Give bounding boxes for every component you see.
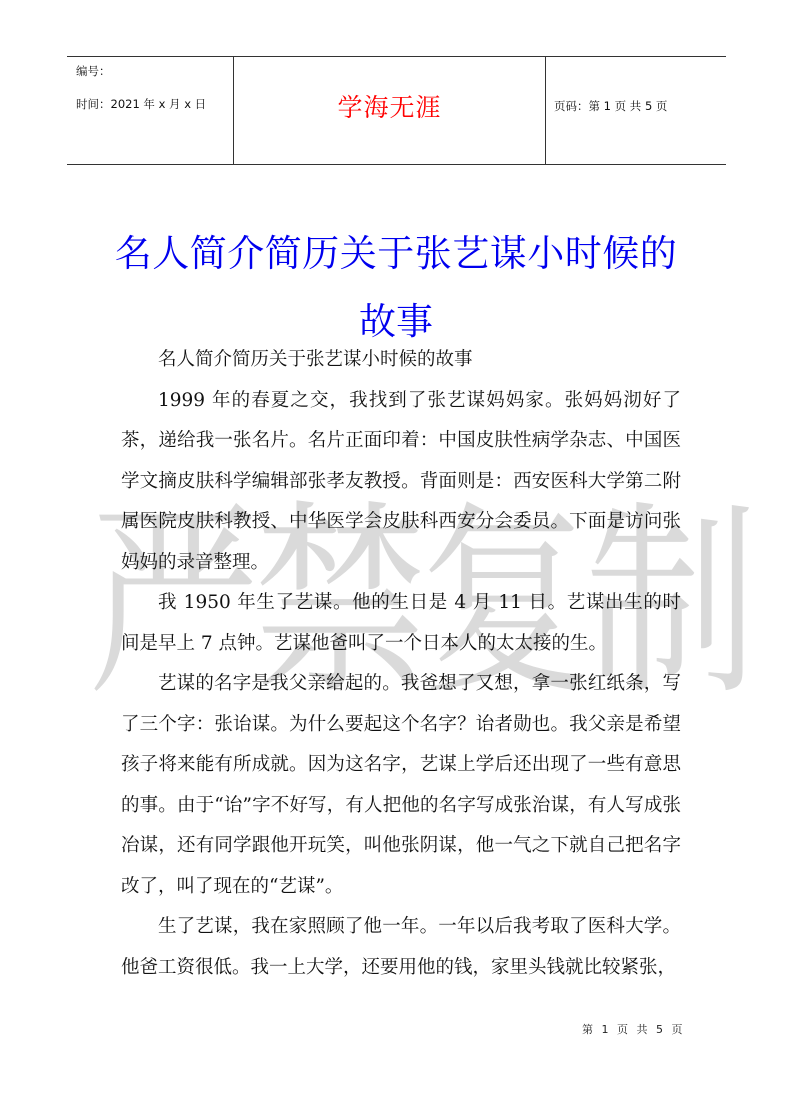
paragraph-subtitle: 名人简介简历关于张艺谋小时候的故事	[121, 340, 681, 381]
motto-text: 学海无涯	[337, 88, 441, 124]
header-page-cell: 页码：第 1 页 共 5 页	[546, 57, 726, 164]
paragraph: 艺谋的名字是我父亲给起的。我爸想了又想，拿一张红纸条，写了三个字：张诒谋。为什么…	[121, 664, 681, 907]
page-info-label: 页码：第 1 页 共 5 页	[554, 98, 667, 114]
header-meta-cell: 编号： 时间：2021 年 x 月 x 日	[67, 57, 234, 164]
page-footer: 第 1 页 共 5 页	[582, 1021, 683, 1037]
paragraph: 生了艺谋，我在家照顾了他一年。一年以后我考取了医科大学。他爸工资很低。我一上大学…	[121, 907, 681, 988]
document-body: 名人简介简历关于张艺谋小时候的故事 1999 年的春夏之交，我找到了张艺谋妈妈家…	[121, 340, 681, 988]
document-title-line-2: 故事	[0, 303, 792, 340]
paragraph: 1999 年的春夏之交，我找到了张艺谋妈妈家。张妈妈沏好了茶，递给我一张名片。名…	[121, 381, 681, 584]
document-header-table: 编号： 时间：2021 年 x 月 x 日 学海无涯 页码：第 1 页 共 5 …	[67, 56, 726, 165]
paragraph: 我 1950 年生了艺谋。他的生日是 4 月 11 日。艺谋出生的时间是早上 7…	[121, 583, 681, 664]
serial-number-label: 编号：	[76, 63, 111, 79]
date-label: 时间：2021 年 x 月 x 日	[76, 96, 206, 112]
document-title-line-1: 名人简介简历关于张艺谋小时候的	[0, 235, 792, 272]
header-motto-cell: 学海无涯	[234, 57, 546, 164]
